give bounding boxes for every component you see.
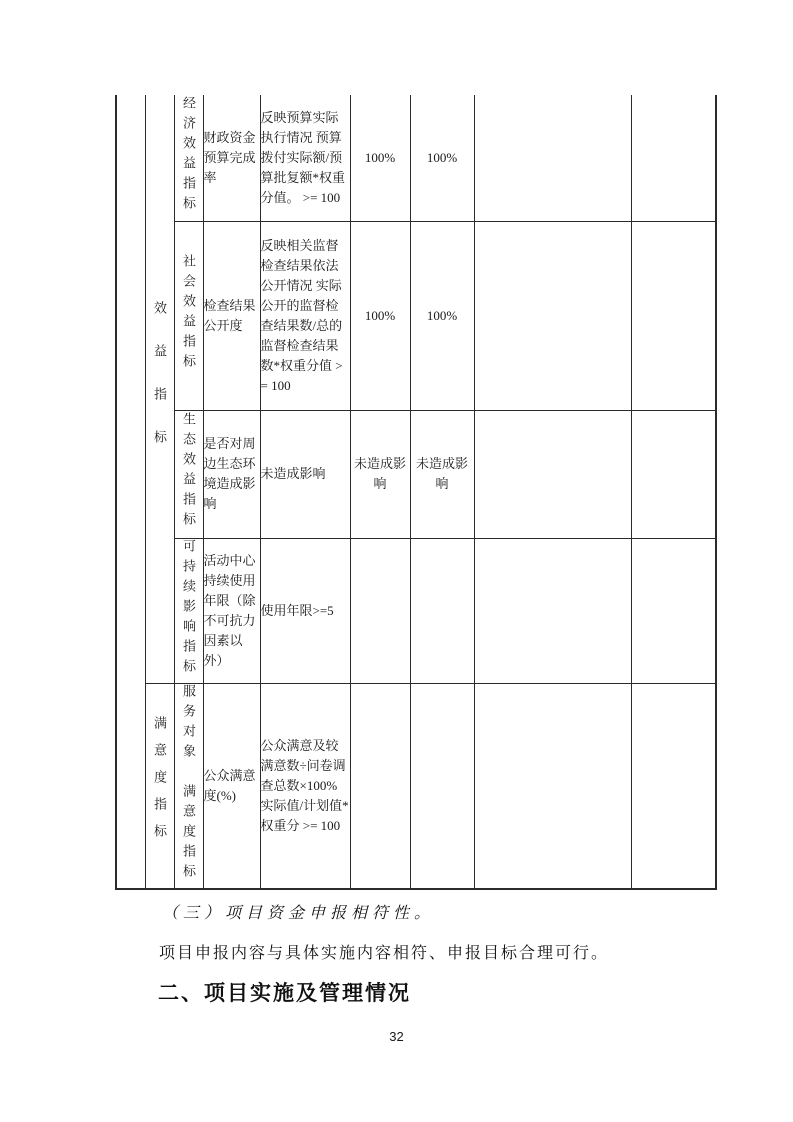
group-satisfaction-cell: 满意度指标 bbox=[145, 683, 174, 889]
value-cell-2: 未造成影响 bbox=[410, 410, 474, 538]
indicator-name-cell: 公众满意度(%) bbox=[203, 683, 260, 889]
subgroup-cell: 服务对象 满意度指标 bbox=[174, 683, 203, 889]
subgroup-cell: 生态效益指标 bbox=[174, 410, 203, 538]
criteria-cell: 使用年限>=5 bbox=[260, 538, 350, 683]
value-cell-1 bbox=[350, 683, 410, 889]
indicator-name-cell: 财政资金预算完成率 bbox=[203, 95, 260, 221]
section-item-heading: （三）项目资金申报相符性。 bbox=[162, 900, 435, 923]
group-benefit-label: 效益指标 bbox=[153, 301, 166, 473]
indicator-name-cell: 是否对周边生态环境造成影响 bbox=[203, 410, 260, 538]
value-cell-2 bbox=[410, 538, 474, 683]
group-benefit-cell: 效益指标 bbox=[145, 95, 174, 683]
subgroup-cell: 经济效益指标 bbox=[174, 95, 203, 221]
value-cell-1: 未造成影响 bbox=[350, 410, 410, 538]
empty-cell bbox=[631, 410, 716, 538]
indicator-name-cell: 检查结果公开度 bbox=[203, 221, 260, 410]
indicator-name-cell: 活动中心持续使用年限（除不可抗力因素以外） bbox=[203, 538, 260, 683]
value-cell-2 bbox=[410, 683, 474, 889]
body-paragraph: 项目申报内容与具体实施内容相符、申报目标合理可行。 bbox=[159, 940, 609, 963]
criteria-cell: 反映相关监督检查结果依法公开情况 实际公开的监督检查结果数/总的监督检查结果数*… bbox=[260, 221, 350, 410]
criteria-cell: 未造成影响 bbox=[260, 410, 350, 538]
value-cell-1 bbox=[350, 538, 410, 683]
criteria-cell: 公众满意及较满意数÷问卷调查总数×100% 实际值/计划值*权重分 >= 100 bbox=[260, 683, 350, 889]
subgroup-label: 服务对象 满意度指标 bbox=[182, 684, 195, 884]
criteria-cell: 反映预算实际执行情况 预算拨付实际额/预算批复额*权重分值。 >= 100 bbox=[260, 95, 350, 221]
subgroup-label: 可持续影响指标 bbox=[182, 539, 195, 679]
empty-cell bbox=[474, 683, 631, 889]
empty-cell bbox=[474, 410, 631, 538]
empty-cell bbox=[474, 221, 631, 410]
group-satisfaction-label: 满意度指标 bbox=[153, 716, 166, 851]
subgroup-label: 生态效益指标 bbox=[182, 412, 195, 532]
subgroup-label: 社会效益指标 bbox=[182, 254, 195, 374]
table-row-social: 社会效益指标 检查结果公开度 反映相关监督检查结果依法公开情况 实际公开的监督检… bbox=[116, 221, 716, 410]
performance-indicator-table: 效益指标 经济效益指标 财政资金预算完成率 反映预算实际执行情况 预算拨付实际额… bbox=[115, 95, 717, 890]
empty-cell bbox=[631, 683, 716, 889]
value-cell-1: 100% bbox=[350, 221, 410, 410]
empty-cell bbox=[631, 221, 716, 410]
document-page: 效益指标 经济效益指标 财政资金预算完成率 反映预算实际执行情况 预算拨付实际额… bbox=[0, 0, 793, 1122]
table-row-sustainability: 可持续影响指标 活动中心持续使用年限（除不可抗力因素以外） 使用年限>=5 bbox=[116, 538, 716, 683]
value-cell-2: 100% bbox=[410, 221, 474, 410]
subgroup-cell: 社会效益指标 bbox=[174, 221, 203, 410]
empty-cell bbox=[631, 538, 716, 683]
value-cell-2: 100% bbox=[410, 95, 474, 221]
empty-cell bbox=[474, 538, 631, 683]
empty-left-column-cell bbox=[116, 95, 145, 889]
subgroup-label: 经济效益指标 bbox=[182, 96, 195, 216]
section-heading: 二、项目实施及管理情况 bbox=[158, 977, 411, 1007]
table-row-economic: 效益指标 经济效益指标 财政资金预算完成率 反映预算实际执行情况 预算拨付实际额… bbox=[116, 95, 716, 221]
subgroup-cell: 可持续影响指标 bbox=[174, 538, 203, 683]
table-row-satisfaction: 满意度指标 服务对象 满意度指标 公众满意度(%) 公众满意及较满意数÷问卷调查… bbox=[116, 683, 716, 889]
page-number: 32 bbox=[0, 1029, 793, 1044]
value-cell-1: 100% bbox=[350, 95, 410, 221]
table-row-ecological: 生态效益指标 是否对周边生态环境造成影响 未造成影响 未造成影响 未造成影响 bbox=[116, 410, 716, 538]
empty-cell bbox=[631, 95, 716, 221]
empty-cell bbox=[474, 95, 631, 221]
